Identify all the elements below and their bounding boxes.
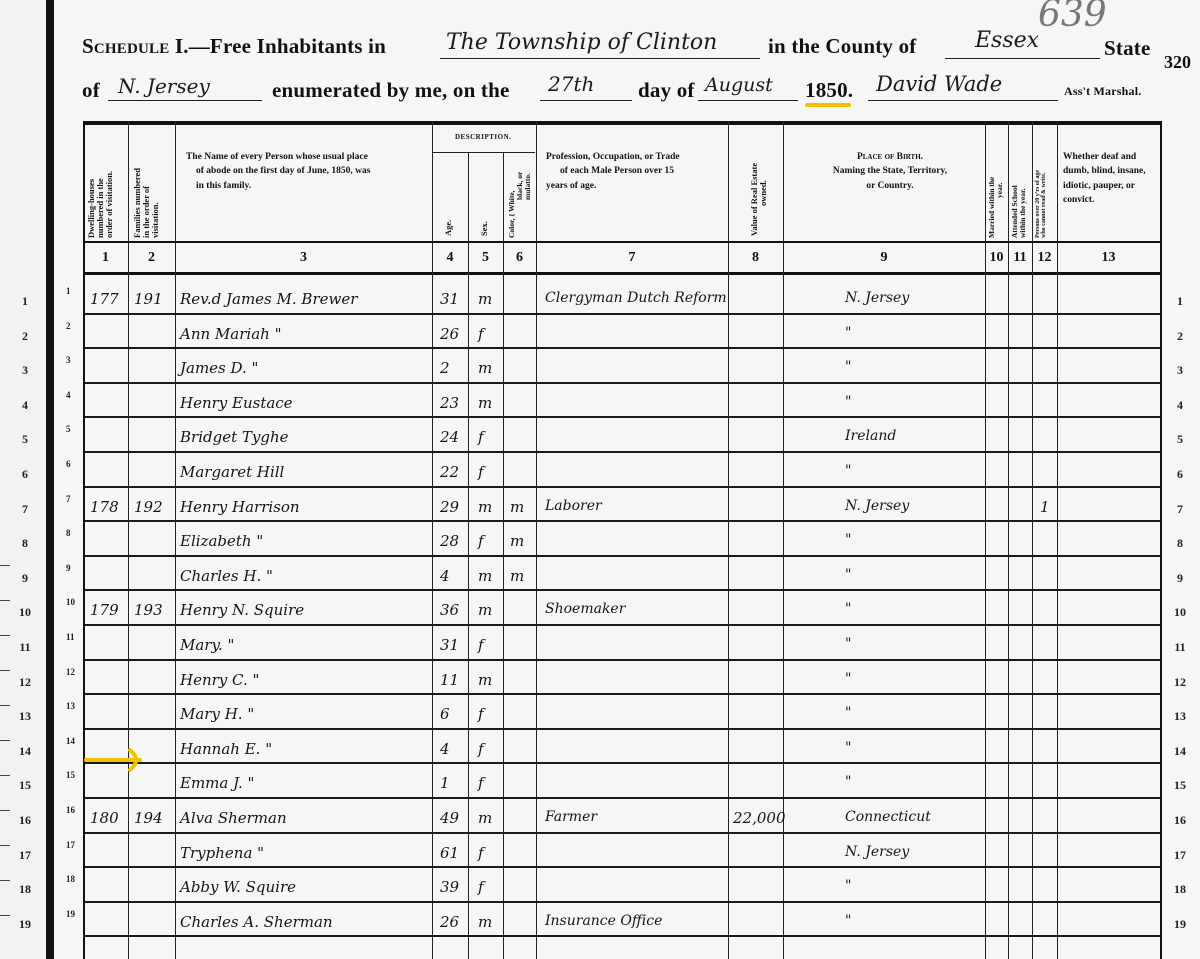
colnum-10: 10 (985, 250, 1008, 266)
left-line-number: 11 (10, 640, 40, 655)
real-estate-cell: 22,000 (733, 809, 786, 827)
row-rule-line (85, 762, 1160, 764)
birthplace-cell: Ireland (845, 428, 896, 444)
age-cell: 6 (440, 705, 450, 723)
col3-header: The Name of every Person whose usual pla… (186, 150, 426, 193)
dwelling-number-cell: 178 (90, 498, 119, 516)
right-line-number: 12 (1166, 675, 1194, 690)
person-name-cell: Abby W. Squire (180, 878, 296, 896)
highlight-arrow-icon (84, 748, 148, 772)
sex-cell: m (478, 671, 492, 689)
birthplace-cell: N. Jersey (845, 290, 909, 306)
day-of-label: day of (638, 78, 695, 103)
birthplace-cell: " (845, 913, 851, 929)
colnum-5: 5 (468, 250, 503, 266)
family-number-cell: 192 (134, 498, 163, 516)
sex-cell: m (478, 809, 492, 827)
col9-header: Place of Birth. Naming the State, Territ… (810, 150, 970, 193)
person-name-cell: Henry N. Squire (180, 601, 304, 619)
left-line-number: 14 (10, 744, 40, 759)
right-line-number: 3 (1166, 363, 1194, 378)
person-name-cell: Elizabeth " (180, 532, 263, 550)
row-rule-line (85, 382, 1160, 384)
birthplace-cell: " (845, 359, 851, 375)
month-underline (698, 100, 798, 101)
dwelling-number-cell: 179 (90, 601, 119, 619)
illiterate-cell: 1 (1040, 498, 1050, 516)
colnum-4: 4 (432, 250, 468, 266)
left-line-number: 13 (10, 709, 40, 724)
inner-line-number: 4 (66, 390, 71, 400)
inner-line-number: 19 (66, 909, 75, 919)
age-cell: 4 (440, 740, 450, 758)
left-line-number: 3 (10, 363, 40, 378)
sex-cell: m (478, 601, 492, 619)
sex-cell: m (478, 394, 492, 412)
left-line-number: 19 (10, 917, 40, 932)
family-number-cell: 194 (134, 809, 163, 827)
person-name-cell: Tryphena " (180, 844, 264, 862)
birthplace-cell: Connecticut (845, 809, 931, 825)
col7-header: Profession, Occupation, or Trade of each… (546, 150, 726, 193)
birthplace-cell: " (845, 878, 851, 894)
age-cell: 23 (440, 394, 459, 412)
marshal-name: David Wade (876, 72, 1002, 96)
left-line-number: 8 (10, 536, 40, 551)
col11-header: Attended Schoolwithin the year. (1011, 185, 1027, 238)
age-cell: 1 (440, 774, 450, 792)
left-line-number: 16 (10, 813, 40, 828)
pencil-page-number: 639 (1038, 0, 1107, 35)
sex-cell: f (478, 532, 484, 550)
county-value: Essex (975, 28, 1039, 53)
birthplace-cell: " (845, 394, 851, 410)
dwelling-number-cell: 177 (90, 290, 119, 308)
birthplace-cell: " (845, 601, 851, 617)
colnum-9: 9 (783, 250, 985, 266)
family-number-cell: 193 (134, 601, 163, 619)
day-value: 27th (548, 72, 594, 96)
left-line-number: 17 (10, 848, 40, 863)
inner-line-number: 5 (66, 424, 71, 434)
sex-cell: m (478, 567, 492, 585)
age-cell: 39 (440, 878, 459, 896)
township-underline (440, 58, 760, 59)
dwelling-number-cell: 180 (90, 809, 119, 827)
col5-header: Sex. (480, 221, 489, 236)
page-binding-spine (46, 0, 54, 959)
printed-page-number: 320 (1164, 52, 1191, 73)
left-line-number: 4 (10, 398, 40, 413)
age-cell: 28 (440, 532, 459, 550)
age-cell: 36 (440, 601, 459, 619)
age-cell: 22 (440, 463, 459, 481)
inner-line-number: 15 (66, 770, 75, 780)
county-underline (945, 58, 1100, 59)
description-group-divider (432, 152, 535, 153)
inner-line-number: 1 (66, 286, 71, 296)
right-line-number: 8 (1166, 536, 1194, 551)
birthplace-cell: " (845, 325, 851, 341)
inner-line-number: 9 (66, 563, 71, 573)
sex-cell: m (478, 359, 492, 377)
occupation-cell: Clergyman Dutch Reform (545, 290, 727, 306)
header-bottom-border (83, 241, 1161, 243)
inner-line-number: 7 (66, 494, 71, 504)
colnum-7: 7 (536, 250, 728, 266)
person-name-cell: Alva Sherman (180, 809, 287, 827)
col13-header: Whether deaf and dumb, blind, insane, id… (1063, 150, 1159, 207)
col-border-right (1160, 121, 1162, 959)
inner-line-number: 14 (66, 736, 75, 746)
inner-line-number: 18 (66, 874, 75, 884)
occupation-cell: Laborer (545, 498, 602, 514)
right-line-number: 6 (1166, 467, 1194, 482)
row-rule-line (85, 555, 1160, 557)
right-line-number: 18 (1166, 882, 1194, 897)
inner-line-number: 12 (66, 667, 75, 677)
left-line-number: 18 (10, 882, 40, 897)
left-line-number: 12 (10, 675, 40, 690)
inner-line-number: 16 (66, 805, 75, 815)
birthplace-cell: " (845, 463, 851, 479)
table-top-border (83, 121, 1161, 125)
inner-line-number: 2 (66, 321, 71, 331)
person-name-cell: Henry Eustace (180, 394, 293, 412)
row-rule-line (85, 451, 1160, 453)
person-name-cell: Ann Mariah " (180, 325, 281, 343)
left-line-number: 6 (10, 467, 40, 482)
year-highlight-underline (805, 103, 851, 107)
right-line-number: 11 (1166, 640, 1194, 655)
person-name-cell: James D. " (180, 359, 258, 377)
inner-line-number: 10 (66, 597, 75, 607)
sex-cell: f (478, 774, 484, 792)
right-line-number: 17 (1166, 848, 1194, 863)
inner-line-number: 6 (66, 459, 71, 469)
person-name-cell: Hannah E. " (180, 740, 272, 758)
inner-line-number: 17 (66, 840, 75, 850)
col6-header: Color, { White, black, or mulatto. (508, 172, 532, 238)
person-name-cell: Henry C. " (180, 671, 259, 689)
birthplace-cell: " (845, 740, 851, 756)
sex-cell: f (478, 463, 484, 481)
year-label: 1850. (805, 78, 853, 103)
family-number-cell: 191 (134, 290, 163, 308)
left-line-number: 2 (10, 329, 40, 344)
birthplace-cell: " (845, 567, 851, 583)
person-name-cell: Mary H. " (180, 705, 254, 723)
right-line-number: 15 (1166, 778, 1194, 793)
row-rule-line (85, 313, 1160, 315)
color-cell: m (510, 532, 524, 550)
county-label: in the County of (768, 34, 916, 59)
age-cell: 31 (440, 636, 459, 654)
age-cell: 29 (440, 498, 459, 516)
row-rule-line (85, 659, 1160, 661)
sex-cell: f (478, 705, 484, 723)
row-rule-line (85, 416, 1160, 418)
right-line-number: 14 (1166, 744, 1194, 759)
birthplace-cell: N. Jersey (845, 844, 909, 860)
schedule-label: Schedule I. (82, 34, 189, 58)
color-cell: m (510, 498, 524, 516)
sex-cell: m (478, 498, 492, 516)
person-name-cell: Charles H. " (180, 567, 273, 585)
enumerated-label: enumerated by me, on the (272, 78, 510, 103)
sex-cell: f (478, 740, 484, 758)
row-rule-line (85, 935, 1160, 937)
birthplace-cell: N. Jersey (845, 498, 909, 514)
inner-line-number: 3 (66, 355, 71, 365)
birthplace-cell: " (845, 532, 851, 548)
state-underline (108, 100, 262, 101)
sex-cell: f (478, 878, 484, 896)
left-line-number: 9 (10, 571, 40, 586)
colnum-3: 3 (175, 250, 432, 266)
right-line-number: 7 (1166, 502, 1194, 517)
colnum-11: 11 (1008, 250, 1032, 266)
colnum-13: 13 (1057, 250, 1160, 266)
right-line-number: 2 (1166, 329, 1194, 344)
person-name-cell: Charles A. Sherman (180, 913, 333, 931)
left-line-number: 15 (10, 778, 40, 793)
age-cell: 24 (440, 428, 459, 446)
row-rule-line (85, 693, 1160, 695)
right-line-number: 9 (1166, 571, 1194, 586)
left-line-number: 1 (10, 294, 40, 309)
day-underline (540, 100, 632, 101)
left-line-number: 5 (10, 432, 40, 447)
schedule-title: Schedule I.—Free Inhabitants in (82, 34, 386, 59)
right-line-number: 1 (1166, 294, 1194, 309)
township-value: The Township of Clinton (446, 30, 717, 55)
sex-cell: f (478, 325, 484, 343)
colnum-8: 8 (728, 250, 783, 266)
row-rule-line (85, 832, 1160, 834)
marshal-label: Ass't Marshal. (1064, 84, 1141, 99)
birthplace-cell: " (845, 705, 851, 721)
row-rule-line (85, 520, 1160, 522)
person-name-cell: Bridget Tyghe (180, 428, 289, 446)
occupation-cell: Shoemaker (545, 601, 625, 617)
inner-line-number: 8 (66, 528, 71, 538)
age-cell: 26 (440, 913, 459, 931)
col2-header: Families numberedin the order ofvisitati… (133, 128, 160, 238)
person-name-cell: Henry Harrison (180, 498, 300, 516)
occupation-cell: Farmer (545, 809, 597, 825)
right-line-number: 16 (1166, 813, 1194, 828)
month-value: August (705, 74, 773, 96)
inner-line-number: 13 (66, 701, 75, 711)
person-name-cell: Mary. " (180, 636, 234, 654)
birthplace-cell: " (845, 774, 851, 790)
row-rule-line (85, 624, 1160, 626)
sex-cell: f (478, 428, 484, 446)
right-line-number: 5 (1166, 432, 1194, 447)
birthplace-cell: " (845, 671, 851, 687)
col10-header: Married within theyear. (988, 177, 1004, 238)
age-cell: 4 (440, 567, 450, 585)
person-name-cell: Emma J. " (180, 774, 254, 792)
row-rule-line (85, 589, 1160, 591)
age-cell: 2 (440, 359, 450, 377)
right-line-number: 19 (1166, 917, 1194, 932)
sex-cell: m (478, 290, 492, 308)
age-cell: 61 (440, 844, 459, 862)
col8-header: Value of Real Estateowned. (750, 163, 768, 236)
row-rule-line (85, 866, 1160, 868)
title-prefix: —Free Inhabitants in (189, 34, 386, 58)
row-rule-line (85, 797, 1160, 799)
state-label: State (1104, 36, 1151, 61)
marshal-underline (868, 100, 1058, 101)
age-cell: 26 (440, 325, 459, 343)
sex-cell: f (478, 636, 484, 654)
colnum-12: 12 (1032, 250, 1057, 266)
colnum-6: 6 (503, 250, 536, 266)
state-of-label: of (82, 78, 100, 103)
row-rule-line (85, 728, 1160, 730)
left-line-number: 7 (10, 502, 40, 517)
left-line-number: 10 (10, 605, 40, 620)
col4-header: Age. (444, 220, 453, 236)
color-cell: m (510, 567, 524, 585)
colnum-1: 1 (83, 250, 128, 266)
description-group-header: Description. (455, 132, 511, 143)
right-line-number: 4 (1166, 398, 1194, 413)
row-rule-line (85, 901, 1160, 903)
row-rule-line (85, 486, 1160, 488)
person-name-cell: Margaret Hill (180, 463, 284, 481)
col12-header: Persons over 20 y'rs of agewho cannot re… (1035, 170, 1048, 238)
col1-header: Dwelling-housesnumbered in theorder of v… (87, 128, 114, 238)
right-line-number: 13 (1166, 709, 1194, 724)
sex-cell: f (478, 844, 484, 862)
person-name-cell: Rev.d James M. Brewer (180, 290, 357, 308)
colnum-bottom-border (83, 272, 1161, 275)
right-line-number: 10 (1166, 605, 1194, 620)
age-cell: 11 (440, 671, 459, 689)
sex-cell: m (478, 913, 492, 931)
age-cell: 31 (440, 290, 459, 308)
age-cell: 49 (440, 809, 459, 827)
state-value: N. Jersey (118, 74, 210, 98)
birthplace-cell: " (845, 636, 851, 652)
colnum-2: 2 (128, 250, 175, 266)
inner-line-number: 11 (66, 632, 75, 642)
occupation-cell: Insurance Office (545, 913, 662, 929)
row-rule-line (85, 347, 1160, 349)
